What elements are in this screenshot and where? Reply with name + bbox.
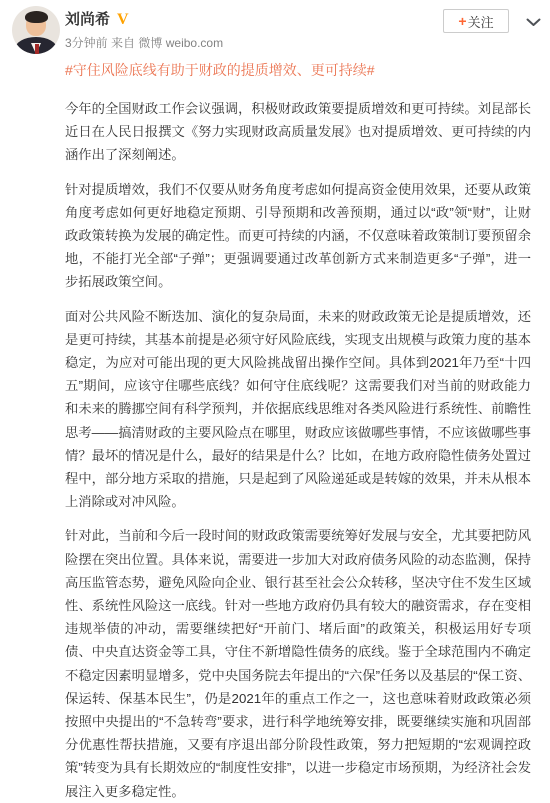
- post-text: 今年的全国财政工作会议强调，积极财政政策要提质增效和更可持续。刘昆部长近日在人民…: [65, 97, 531, 803]
- avatar[interactable]: [12, 6, 60, 54]
- weibo-post-card: 刘尚希 V 3分钟前 来自 微博 weibo.com + 关注 #守住风险底线有…: [0, 0, 550, 803]
- name-row: 刘尚希 V: [65, 11, 223, 28]
- post-paragraph: 今年的全国财政工作会议强调，积极财政政策要提质增效和更可持续。刘昆部长近日在人民…: [65, 97, 531, 167]
- topic-hashtag-link[interactable]: #守住风险底线有助于财政的提质增效、更可持续#: [65, 61, 375, 80]
- header-info: 刘尚希 V 3分钟前 来自 微博 weibo.com: [65, 6, 223, 50]
- source-prefix: 来自: [111, 36, 135, 50]
- timestamp-source: 3分钟前 来自 微博 weibo.com: [65, 36, 223, 50]
- follow-button-label: 关注: [468, 12, 494, 31]
- post-paragraph: 面对公共风险不断迭加、演化的复杂局面，未来的财政政策无论是提质增效，还是更可持续…: [65, 305, 531, 514]
- timestamp[interactable]: 3分钟前: [65, 36, 108, 50]
- chevron-down-icon[interactable]: [526, 14, 541, 32]
- header-actions: + 关注: [443, 9, 541, 33]
- follow-button[interactable]: + 关注: [443, 9, 509, 33]
- username[interactable]: 刘尚希: [65, 11, 110, 28]
- avatar-tie: [35, 44, 39, 54]
- source-link[interactable]: 微博 weibo.com: [138, 36, 223, 50]
- post-paragraph: 针对提质增效，我们不仅要从财务角度考虑如何提高资金使用效果，还要从政策角度考虑如…: [65, 178, 531, 294]
- plus-icon: +: [458, 14, 466, 28]
- post-paragraph: 针对此，当前和今后一段时间的财政政策需要统筹好发展与安全，尤其要把防风险摆在突出…: [65, 524, 531, 802]
- verified-badge-icon: V: [117, 12, 129, 28]
- post-content: #守住风险底线有助于财政的提质增效、更可持续# 今年的全国财政工作会议强调，积极…: [0, 54, 550, 803]
- post-header: 刘尚希 V 3分钟前 来自 微博 weibo.com + 关注: [0, 0, 550, 54]
- avatar-hair: [25, 11, 48, 23]
